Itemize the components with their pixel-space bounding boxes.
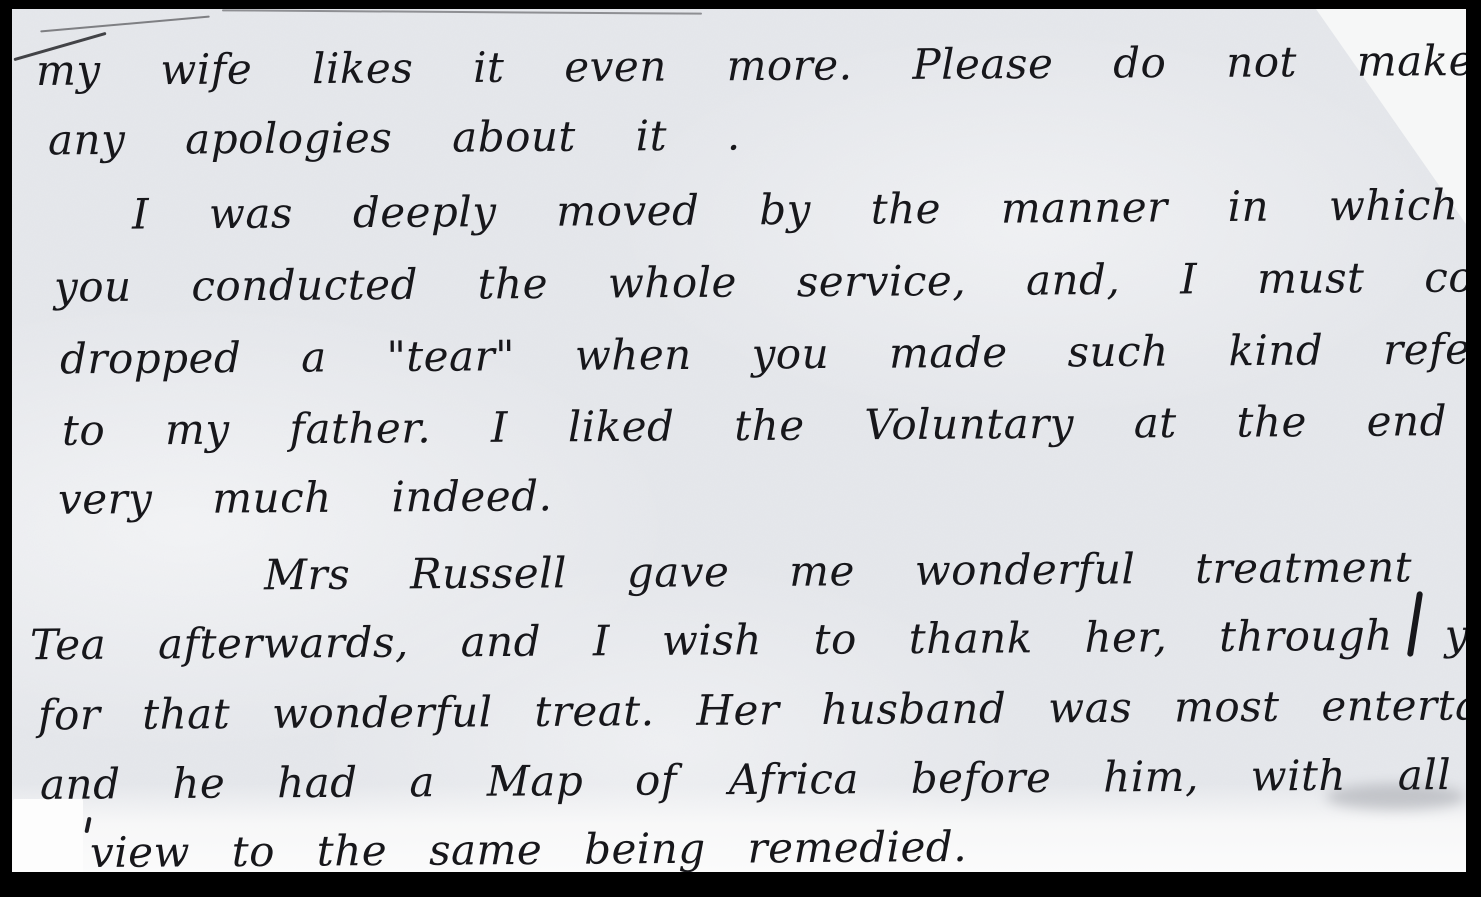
scan-border: my wife likes it even more. Please do no… <box>0 0 1481 897</box>
handwriting-line: very much indeed. <box>58 471 553 523</box>
handwriting-line: any apologies about it . <box>48 111 741 165</box>
handwriting-line: Mrs Russell gave me wonderful treatment … <box>264 542 1466 600</box>
handwriting-line: I was deeply moved by the manner in whic… <box>132 180 1459 238</box>
letter-page: my wife likes it even more. Please do no… <box>12 9 1466 872</box>
handwriting-line: and he had a Map of Africa before him, w… <box>40 750 1452 809</box>
handwriting-line: my wife likes it even more. Please do no… <box>36 36 1466 95</box>
handwriting-line: to my father. I liked the Voluntary at t… <box>62 396 1447 455</box>
handwriting-line: for that wonderful treat. Her husband wa… <box>38 680 1466 740</box>
handwriting-line: view to the same being remedied. <box>90 822 967 872</box>
whiteout-patch <box>13 799 83 872</box>
crease-mark <box>40 16 210 33</box>
handwriting-line: you conducted the whole service, and, I … <box>54 252 1466 312</box>
page-top-edge-shadow <box>222 9 702 14</box>
handwriting-line: Tea afterwards, and I wish to thank her,… <box>30 610 1466 670</box>
handwriting-line: dropped a "tear" when you made such kind… <box>60 324 1466 384</box>
